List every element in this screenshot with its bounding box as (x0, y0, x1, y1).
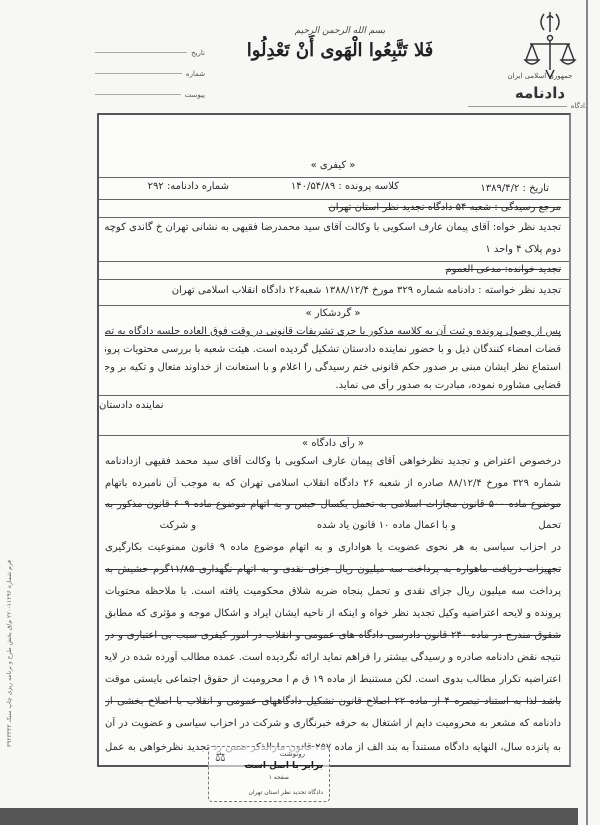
court-blank-line (468, 106, 567, 107)
stamp-page-number: صفحه ۱ (269, 774, 289, 781)
reference-row: مرجع رسیدگی : شعبه ۵۴ دادگاه تجدید نظر ا… (99, 199, 569, 218)
procedure-line-3: استماع نظر ایشان مبنی بر صدور حکم قانونی… (105, 361, 561, 375)
prosecutor-rep-label: نماینده دادستان (99, 400, 164, 411)
stamp-certified-text: برابر با اصل است (245, 761, 323, 771)
date-field: تاریخ : ۱۳۸۹/۴/۲ (409, 182, 549, 196)
date-label: تاریخ : (523, 183, 549, 194)
scan-right-edge (586, 0, 588, 825)
category-row: « کیفری » (99, 115, 569, 178)
meta-label-attachment: پیوست (185, 91, 205, 99)
appellant-line-2: دوم پلاک ۴ واحد ۱ (105, 243, 561, 257)
procedure-section: « گردشکار » پس از وصول پرونده و ثبت آن ب… (99, 305, 569, 396)
prosecutor-rep: نماینده دادستان (99, 399, 164, 413)
respondent-text: تجدید خوانده: مدعی العموم (105, 263, 561, 277)
ruling-line-4: تحمل و با اعمال ماده ۱۰ قانون یاد شده و … (105, 519, 561, 533)
ruling-line-11: اعتراضیه تکرار مطالب بدوی است. لکن مستنب… (105, 673, 561, 687)
ruling-line-10: نتیجه نقض دادنامه صادره و رسیدگی بیشتر ر… (105, 651, 561, 665)
procedure-line-4: قضایی مشاوره نموده، مبادرت به صدور رأی م… (105, 379, 561, 393)
meta-field-number: شماره (95, 63, 205, 84)
meta-label-date: تاریخ (191, 49, 205, 57)
meta-fields: تاریخ شماره پیوست (95, 42, 205, 105)
emblem-seal-icon: ⚖ (215, 750, 226, 764)
ruling-line-7: پرداخت سه میلیون ریال جزای نقدی و تحمل پ… (105, 585, 561, 599)
republic-label: جمهوری اسلامی ایران (490, 72, 590, 80)
meta-label-number: شماره (186, 70, 205, 78)
ruling-line-1: درخصوص اعتراض و تجدید نظرخواهی آقای پیما… (105, 455, 561, 469)
ruling-line-3: موضوع ماده ۵۰۰ قانون مجازات اسلامی به تح… (105, 498, 561, 512)
case-summary-label: کلاسه پرونده : (338, 181, 399, 192)
ruling-line-13: دادنامه که مشعر به محرومیت دایم از اشتغا… (105, 717, 561, 731)
verdict-number-value: ۲۹۲ (148, 181, 164, 192)
ruling-title: « رأی دادگاه » (105, 437, 561, 451)
verdict-frame: « کیفری » تاریخ : ۱۳۸۹/۴/۲ کلاسه پرونده … (97, 113, 571, 767)
appellant-line-1: تجدید نظر خواه: آقای پیمان عارف اسکویی ب… (105, 221, 561, 235)
ruling-line-8: پرونده و لایحه اعتراضیه وکیل تجدید نظر خ… (105, 607, 561, 621)
respondent-row: تجدید خوانده: مدعی العموم (99, 261, 569, 280)
reference-text: مرجع رسیدگی : شعبه ۵۴ دادگاه تجدید نظر ا… (105, 201, 561, 215)
ruling-line-5: در احزاب سیاسی به هر نحوی عضویت یا هوادا… (105, 541, 561, 555)
meta-field-attachment: پیوست (95, 84, 205, 105)
procedure-line-1: پس از وصول پرونده و ثبت آن به کلاسه مذکو… (105, 325, 561, 339)
document-type-title: دادنامه (500, 84, 580, 102)
appealed-row: تجدید نظر خواسته : دادنامه شماره ۳۲۹ مور… (99, 279, 569, 306)
case-summary-field: کلاسه پرونده : ۱۴۰/۵۴/۸۹ (239, 180, 399, 194)
appellant-row: تجدید نظر خواه: آقای پیمان عارف اسکویی ب… (99, 217, 569, 262)
prosecutor-row: نماینده دادستان (99, 395, 569, 436)
basmala: بسم الله الرحمن الرحیم (280, 26, 400, 36)
iran-emblem-icon (520, 8, 580, 80)
certified-copy-stamp: ⚖ رونوشت برابر با اصل است صفحه ۱ دادگاه … (208, 746, 330, 802)
procedure-title: « گردشکار » (105, 307, 561, 321)
form-number-margin-note: فرم شماره ۱۱۲۹۶-۲۲۰ م/ق بخش طرح و برنامه… (6, 560, 18, 770)
meta-blank-attachment (95, 94, 181, 95)
meta-blank-date (95, 52, 187, 53)
category-title: « کیفری » (105, 159, 561, 173)
stamp-court-name: دادگاه تجدید نظر استان تهران (249, 789, 323, 796)
ruling-line-6: تجهیزات دریافت ماهواره به پرداخت سه میلی… (105, 563, 561, 577)
meta-field-date: تاریخ (95, 42, 205, 63)
appealed-text: تجدید نظر خواسته : دادنامه شماره ۳۲۹ مور… (105, 284, 561, 298)
ruling-line-14: به پانزده سال، النهایه دادگاه مستنداً به… (105, 741, 561, 755)
verse-calligraphy: فَلا تَتَّبِعُوا الْهَوى أَنْ تَعْدِلُوا (240, 40, 440, 61)
verdict-number-field: شماره دادنامه: ۲۹۲ (109, 180, 229, 194)
case-info-row: تاریخ : ۱۳۸۹/۴/۲ کلاسه پرونده : ۱۴۰/۵۴/۸… (99, 177, 569, 200)
meta-blank-number (95, 73, 182, 74)
scan-bottom-edge (0, 808, 578, 825)
ruling-line-2: شماره ۳۲۹ مورخ ۸۸/۱۲/۴ صادره از شعبه ۲۶ … (105, 477, 561, 491)
court-field: دادگاه (468, 102, 588, 110)
ruling-section: « رأی دادگاه » درخصوص اعتراض و تجدید نظر… (99, 435, 569, 765)
date-value: ۱۳۸۹/۴/۲ (480, 183, 519, 194)
verdict-number-label: شماره دادنامه: (167, 181, 229, 192)
ruling-line-9: شقوق مندرج در ماده ۲۴۰ قانون دادرسی دادگ… (105, 629, 561, 643)
stamp-copy-label: رونوشت (280, 750, 305, 758)
case-summary-value: ۱۴۰/۵۴/۸۹ (291, 181, 335, 192)
procedure-line-2: قضات امضاء کنندگان ذیل و با حضور نماینده… (105, 343, 561, 357)
ruling-line-12: باشد لذا به استناد تبصره ۴ از ماده ۲۲ اص… (105, 695, 561, 709)
